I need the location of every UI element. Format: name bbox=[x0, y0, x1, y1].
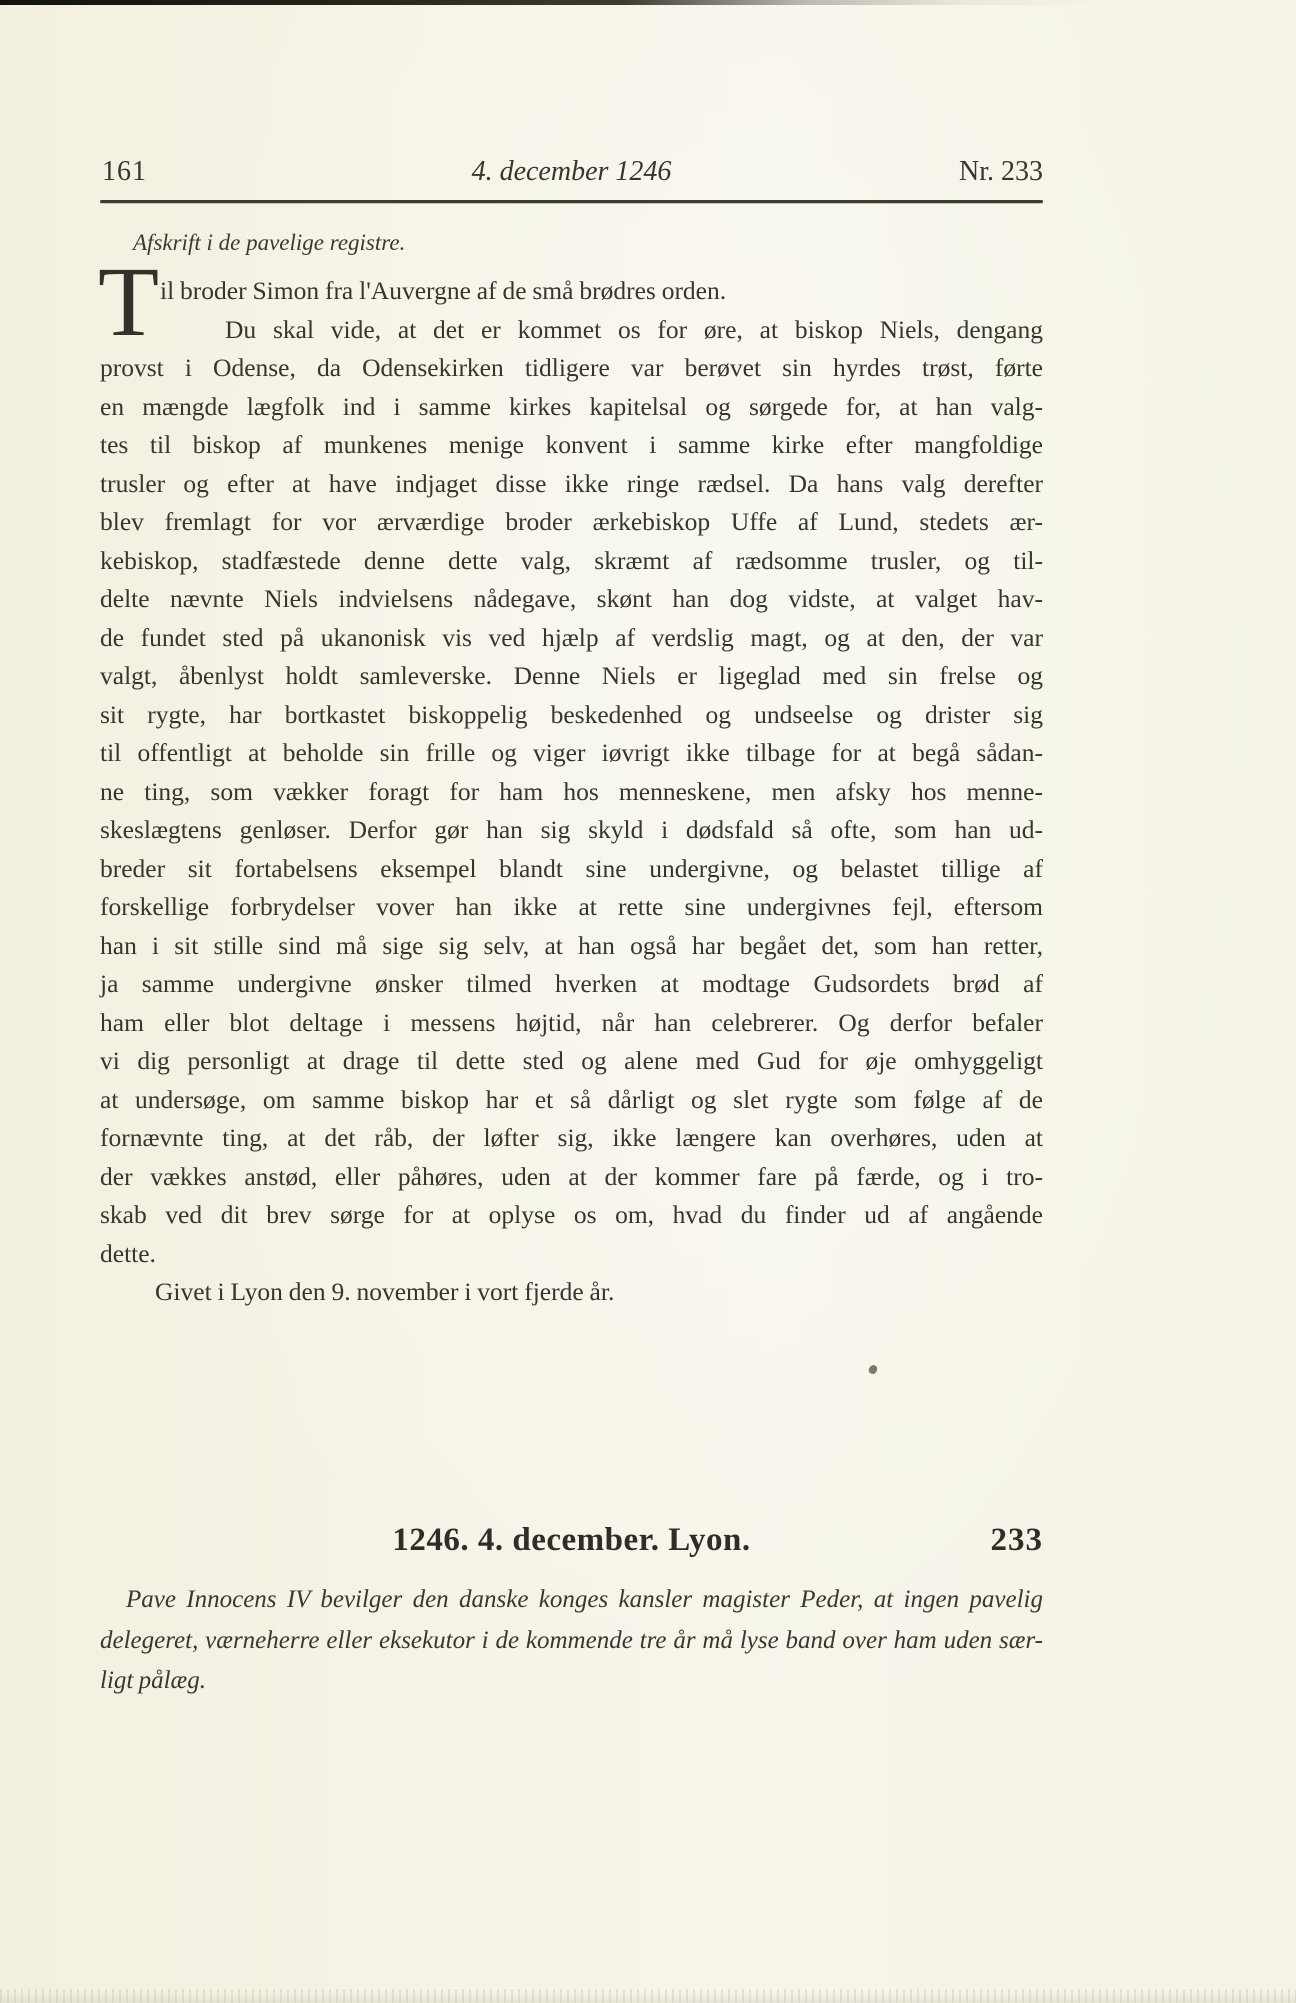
letter-line: Du skal vide, at det er kommet os for ør… bbox=[100, 311, 1043, 350]
letter-line: breder sit fortabelsens eksempel blandt … bbox=[100, 850, 1043, 889]
running-head-date: 4. december 1246 bbox=[100, 156, 1043, 188]
letter-line: trusler og efter at have indjaget disse … bbox=[100, 465, 1043, 504]
summary-line: ligt pålæg. bbox=[100, 1661, 1043, 1702]
scanned-book-page: 161 4. december 1246 Nr. 233 Afskrift i … bbox=[0, 0, 1296, 2003]
letter-line: han i sit stille sind må sige sig selv, … bbox=[100, 927, 1043, 966]
letter-line: de fundet sted på ukanonisk vis ved hjæl… bbox=[100, 619, 1043, 658]
letter-line: ne ting, som vækker foragt for ham hos m… bbox=[100, 773, 1043, 812]
letter-line: delte nævnte Niels indvielsens nådegave,… bbox=[100, 580, 1043, 619]
entry-heading-row: 233 1246. 4. december. Lyon. bbox=[100, 1522, 1043, 1562]
letter-line: fornævnte ting, at det råb, der løfter s… bbox=[100, 1119, 1043, 1158]
letter-line: tes til biskop af munkenes menige konven… bbox=[100, 426, 1043, 465]
entry-summary: Pave Innocens IV bevilger den danske kon… bbox=[100, 1580, 1043, 1702]
letter-line: vi dig personligt at drage til dette ste… bbox=[100, 1042, 1043, 1081]
scan-edge-artifact-top bbox=[0, 0, 1296, 5]
letter-line: ham eller blot deltage i messens højtid,… bbox=[100, 1004, 1043, 1043]
letter-line: en mængde lægfolk ind i samme kirkes kap… bbox=[100, 388, 1043, 427]
scan-edge-artifact-bottom bbox=[0, 1989, 1296, 2003]
letter-body: il broder Simon fra l'Auvergne af de små… bbox=[100, 272, 1043, 1273]
ink-speck-artifact bbox=[868, 1364, 879, 1375]
letter-line: skab ved dit brev sørge for at oplyse os… bbox=[100, 1196, 1043, 1235]
running-head: 161 4. december 1246 Nr. 233 bbox=[100, 156, 1043, 190]
letter-line: skeslægtens genløser. Derfor gør han sig… bbox=[100, 811, 1043, 850]
letter-line: provst i Odense, da Odensekirken tidlige… bbox=[100, 349, 1043, 388]
entry-number: 233 bbox=[991, 1522, 1044, 1559]
letter-line: forskellige forbrydelser vover han ikke … bbox=[100, 888, 1043, 927]
letter-line: il broder Simon fra l'Auvergne af de små… bbox=[100, 272, 1043, 311]
letter-line: blev fremlagt for vor ærværdige broder æ… bbox=[100, 503, 1043, 542]
drop-cap: T bbox=[98, 252, 159, 352]
letter-line: dette. bbox=[100, 1235, 1043, 1274]
summary-line: delegeret, værneherre eller eksekutor i … bbox=[100, 1621, 1043, 1662]
summary-line: Pave Innocens IV bevilger den danske kon… bbox=[100, 1580, 1043, 1621]
letter-dateline: Givet i Lyon den 9. november i vort fjer… bbox=[100, 1273, 1043, 1312]
letter-line: sit rygte, har bortkastet biskoppelig be… bbox=[100, 696, 1043, 735]
letter-line: ja samme undergivne ønsker tilmed hverke… bbox=[100, 965, 1043, 1004]
letter-line: at undersøge, om samme biskop har et så … bbox=[100, 1081, 1043, 1120]
letter-line: der vækkes anstød, eller påhøres, uden a… bbox=[100, 1158, 1043, 1197]
letter-line: til offentligt at beholde sin frille og … bbox=[100, 734, 1043, 773]
source-note: Afskrift i de pavelige registre. bbox=[133, 230, 405, 256]
letter-line: kebiskop, stadfæstede denne dette valg, … bbox=[100, 542, 1043, 581]
header-rule bbox=[100, 200, 1043, 203]
entry-heading: 1246. 4. december. Lyon. bbox=[100, 1522, 1043, 1559]
letter: T il broder Simon fra l'Auvergne af de s… bbox=[100, 272, 1043, 1312]
running-head-entry-number: Nr. 233 bbox=[959, 156, 1043, 188]
letter-line: valgt, åbenlyst holdt samleverske. Denne… bbox=[100, 657, 1043, 696]
